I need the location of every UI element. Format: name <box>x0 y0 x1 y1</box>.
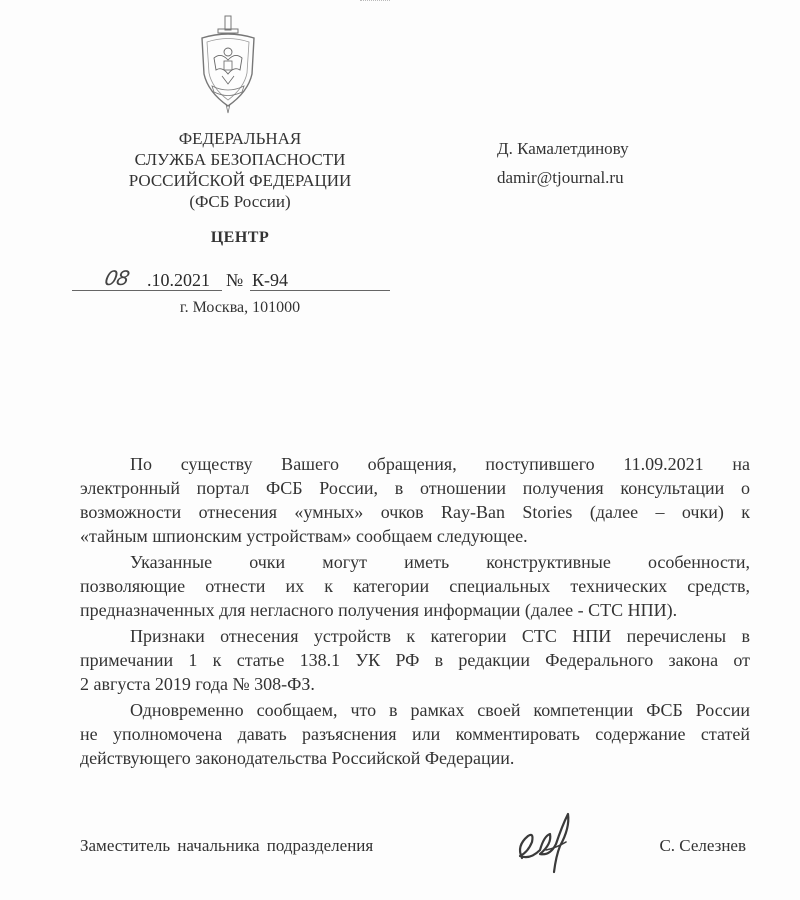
sender-city: г. Москва, 101000 <box>60 299 420 317</box>
text-line: возможности отнесения «умных» очков Ray-… <box>80 500 750 524</box>
number-sign: № <box>226 270 243 291</box>
text-line: 2 августа 2019 года № 308-ФЗ. <box>80 672 750 696</box>
registration-number: К-94 <box>252 270 288 291</box>
department-label: ЦЕНТР <box>60 229 420 247</box>
paragraph-4: Одновременно сообщаем, что в рамках свое… <box>80 698 750 770</box>
text-line: Одновременно сообщаем, что в рамках свое… <box>80 698 750 722</box>
org-line: СЛУЖБА БЕЗОПАСНОСТИ <box>60 149 420 170</box>
text-line: не уполномочена давать разъяснения или к… <box>80 722 750 746</box>
paragraph-3: Признаки отнесения устройств к категории… <box>80 624 750 696</box>
text-line: позволяющие отнести их к категории специ… <box>80 574 750 598</box>
text-line: примечании 1 к статье 138.1 УК РФ в реда… <box>80 648 750 672</box>
org-line: (ФСБ России) <box>60 191 420 212</box>
text-line: «тайным шпионским устройствам» сообщаем … <box>80 524 750 548</box>
sender-organization: ФЕДЕРАЛЬНАЯ СЛУЖБА БЕЗОПАСНОСТИ РОССИЙСК… <box>60 128 420 212</box>
org-line: РОССИЙСКОЙ ФЕДЕРАЦИИ <box>60 170 420 191</box>
text-line: Указанные очки могут иметь конструктивны… <box>80 550 750 574</box>
paragraph-2: Указанные очки могут иметь конструктивны… <box>80 550 750 622</box>
recipient-block: Д. Камалетдинову damir@tjournal.ru <box>497 134 629 192</box>
handwritten-day: 08 <box>102 266 131 290</box>
signer-name: С. Селезнев <box>659 836 746 856</box>
text-line: предназначенных для негласного получения… <box>80 598 750 622</box>
org-line: ФЕДЕРАЛЬНАЯ <box>60 128 420 149</box>
letter-body: По существу Вашего обращения, поступивше… <box>80 452 750 772</box>
recipient-name: Д. Камалетдинову <box>497 134 629 163</box>
text-line: действующего законодательства Российской… <box>80 746 750 770</box>
recipient-email: damir@tjournal.ru <box>497 163 629 192</box>
scan-artifact <box>360 0 390 4</box>
letter-page: ФЕДЕРАЛЬНАЯ СЛУЖБА БЕЗОПАСНОСТИ РОССИЙСК… <box>0 0 800 900</box>
registration-date: .10.2021 <box>147 270 210 291</box>
text-line: По существу Вашего обращения, поступивше… <box>80 452 750 476</box>
paragraph-1: По существу Вашего обращения, поступивше… <box>80 452 750 548</box>
signer-title: Заместитель начальника подразделения <box>80 836 373 856</box>
handwritten-signature-icon <box>510 806 580 876</box>
text-line: Признаки отнесения устройств к категории… <box>80 624 750 648</box>
number-underline <box>250 290 390 291</box>
date-underline <box>72 290 222 291</box>
text-line: электронный портал ФСБ России, в отношен… <box>80 476 750 500</box>
fsb-emblem-icon <box>196 14 260 114</box>
